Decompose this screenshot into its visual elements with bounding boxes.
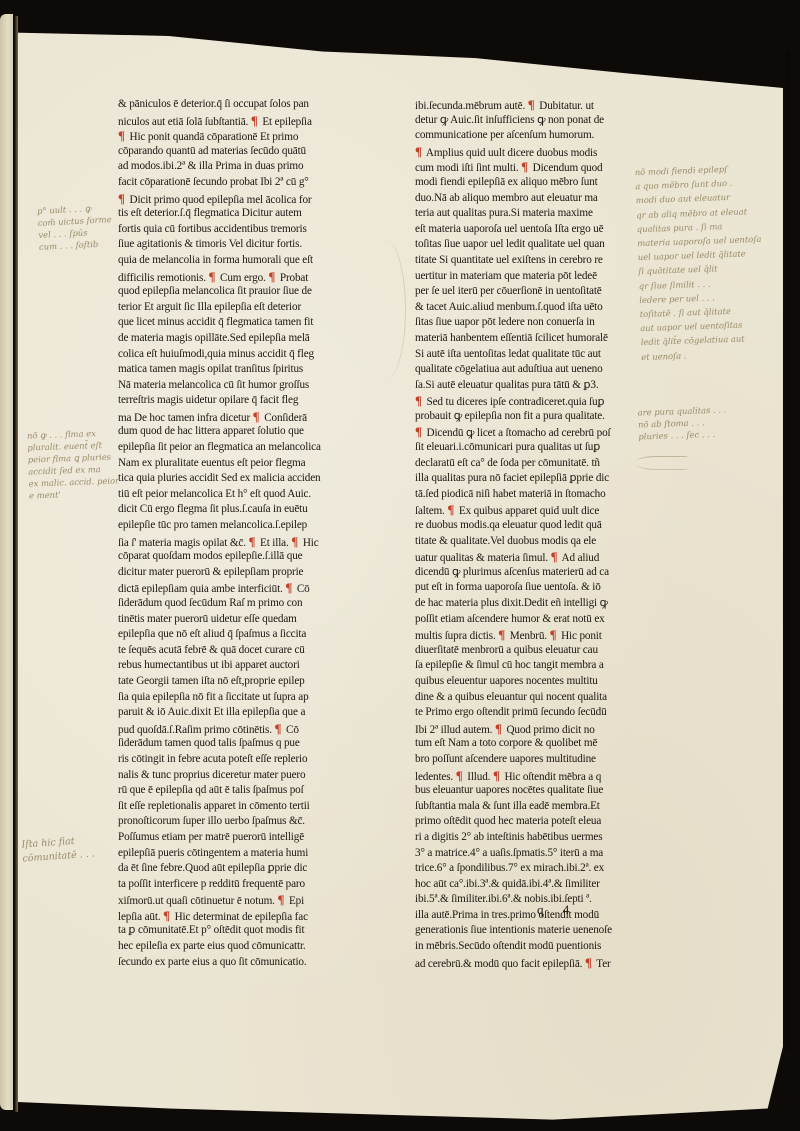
text-line: ¶ Dicit primo quod epilepſia mel ācolica… (118, 191, 364, 207)
text-line: ſiderādum quod ſecūdum Raſ m primo con (118, 596, 364, 612)
text-line: materiā hanbentem eſſentiā ſcilicet humo… (415, 331, 635, 347)
text-line: multis ſupra dictis. ¶ Menbrū. ¶ Hic pon… (415, 627, 635, 643)
text-line: dicitur mater puerorū & epilepſiam propr… (118, 565, 364, 581)
text-line: epilepſie tūc pro tamen melancolica.ſ.ep… (118, 518, 364, 534)
text-line: de materia magis opillāte.Sed epilepſia … (118, 331, 364, 347)
text-line: tum eſt Nam a toto corpore & quolibet mē (415, 736, 635, 752)
text-line: titate & qualitate.Vel duobus modis qa e… (415, 534, 635, 550)
text-line: epilepſiā pueris cōtingentem a materia h… (118, 846, 364, 862)
rubric-paragraph-mark-icon: ¶ (585, 955, 592, 970)
text-line: dum quod de hac littera apparet ſolutio … (118, 424, 364, 440)
text-line: ¶ Hic ponit quandā cōparationē Et primo (118, 128, 364, 144)
page-signature: q 4 (537, 902, 577, 918)
text-line: declaratū eſt ca° de ſoda per cōmunitatē… (415, 456, 635, 472)
text-line: toſitas ſiue uapor uel ledit qualitate u… (415, 237, 635, 253)
text-line: & tacet Auic.aliud menbum.ſ.quod iſta uē… (415, 300, 635, 316)
marginal-note-right-upper: nō modi fiendi epilepſa quo mēbro ſunt d… (635, 161, 766, 364)
text-line: rebus humectantibus ut ibi apparet aucto… (118, 658, 364, 674)
rubric-paragraph-mark-icon: ¶ (275, 721, 282, 736)
text-line: xiſmorū.ut quaſi cōtinuetur ē notum. ¶ E… (118, 892, 364, 908)
text-line: dicendū ꝙ plurimus aſcenſus materierū ad… (415, 565, 635, 581)
rubric-paragraph-mark-icon: ¶ (521, 159, 528, 174)
text-line: qualitate cōgelatiua aut aduſtiua aut ue… (415, 362, 635, 378)
text-line: tate Georgii tamen iſta nō eſt,proprie e… (118, 674, 364, 690)
text-line: in mēbris.Secūdo oſtendit modū puentioni… (415, 939, 635, 955)
rubric-paragraph-mark-icon: ¶ (251, 113, 258, 128)
marginal-note-left-upper: p° uult . . . ꝙcom̄ uictus formevel . . … (37, 201, 113, 253)
text-line: de hac materia plus dixit.Dedit eñ intel… (415, 596, 635, 612)
rubric-paragraph-mark-icon: ¶ (277, 892, 284, 907)
text-line: ſa.Si autē eleuatur qualitas pura tātū &… (415, 378, 635, 394)
text-line: lepſia aūt. ¶ Hic determinat de epilepſi… (118, 908, 364, 924)
text-line: ma De hoc tamen infra dicetur ¶ Conſider… (118, 409, 364, 425)
text-line: fortis quia cū fortibus accidentibus tre… (118, 222, 364, 238)
text-line: put eſt in forma uaporoſa ſiue uentoſa. … (415, 580, 635, 596)
text-line: Si autē iſta uentoſitas ledat qualitate … (415, 347, 635, 363)
text-line: paruit & iō Auic.dixit Et illa epilepſia… (118, 705, 364, 721)
text-line: tinētis mater puerorū uidetur eſſe queda… (118, 612, 364, 628)
text-line: uertitur in materiam que materia pōt led… (415, 269, 635, 285)
text-line: epilepſia ſit peior an flegmatica an mel… (118, 440, 364, 456)
text-line: dine & a quibus eleuantur qui nocent qua… (415, 690, 635, 706)
text-line: ſubſtantia mala & ſunt illa eadē membra.… (415, 799, 635, 815)
text-line: diuerſitatē menbrorū a quibus eleuatur c… (415, 643, 635, 659)
text-line: cōparat quoſdam modos epilepſie.ſ.illā q… (118, 549, 364, 565)
rubric-paragraph-mark-icon: ¶ (498, 627, 505, 642)
rubric-paragraph-mark-icon: ¶ (268, 269, 275, 284)
text-line: ¶ Sed tu diceres ipſe contradiceret.quia… (415, 393, 635, 409)
text-line: trice.6° a ſpondilibus.7° ex mirach.ibi.… (415, 861, 635, 877)
text-line: ſit eleuari.i.cōmunicari pura qualitas u… (415, 440, 635, 456)
text-line: nalis & tunc proprius diceretur mater pu… (118, 768, 364, 784)
text-line: ſitas ſiue uapor pōt ledere non conuerſa… (415, 315, 635, 331)
text-line: probauit ꝙ epilepſia non fit a pura qual… (415, 409, 635, 425)
text-line: cōparando quantū ad materias ſecūdo quāt… (118, 144, 364, 160)
text-line: illa autē.Prima in tres.primo oſtendit m… (415, 908, 635, 924)
text-line: terior Et arguit ſic Illa epilepſia eſt … (118, 300, 364, 316)
text-line: ad cerebrū.& modū quo facit epilepſiā. ¶… (415, 955, 635, 971)
text-line: da ēt ſine febre.Quod aūt epilepſia ꝑpri… (118, 861, 364, 877)
rubric-paragraph-mark-icon: ¶ (291, 534, 298, 549)
text-line: 3° a matrice.4° a uaſis.ſpmatis.5° iterū… (415, 846, 635, 862)
text-line: dicit Cū ergo flegma ſit plus.ſ.cauſa in… (118, 502, 364, 518)
text-line: uatur qualitas & materia ſimul. ¶ Ad ali… (415, 549, 635, 565)
rubric-paragraph-mark-icon: ¶ (493, 768, 500, 783)
text-line: colica eſt huiuſmodi,quia minus accidit … (118, 347, 364, 363)
text-line: ad modos.ibi.2ª & illa Prima in duas pri… (118, 159, 364, 175)
text-line: tā.ſed piodicā niſi habet materiā in ſto… (415, 487, 635, 503)
text-line: & pāniculos ē deterior.q̄ ſi occupat ſol… (118, 97, 364, 113)
gutter-edge (15, 16, 18, 1112)
text-line: pronoſticorum ſuper illo uerbo ſpaſmus &… (118, 814, 364, 830)
text-line: teria aut qualitas pura.Si materia maxim… (415, 206, 635, 222)
text-line: re duobus modis.qa eleuatur quod ledit q… (415, 518, 635, 534)
text-column-left: & pāniculos ē deterior.q̄ ſi occupat ſol… (118, 97, 364, 970)
rubric-paragraph-mark-icon: ¶ (415, 424, 422, 439)
text-line: per ſe uel iterū per cōuerſionē in uento… (415, 284, 635, 300)
rubric-paragraph-mark-icon: ¶ (495, 721, 502, 736)
rubric-paragraph-mark-icon: ¶ (163, 908, 170, 923)
rubric-paragraph-mark-icon: ¶ (253, 409, 260, 424)
marginal-bracket-mark (365, 240, 406, 380)
text-line: ſiue agitationis & timoris Vel dicitur f… (118, 237, 364, 253)
text-line: bus eleuantur uapores nocētes qualitate … (415, 783, 635, 799)
text-line: ſia ſ' materia magis opilat &c̄. ¶ Et il… (118, 534, 364, 550)
text-line: tiū eſt peior melancolica Et h° eſt quod… (118, 487, 364, 503)
text-line: niculos aut etiā ſolā ſubſtantiā. ¶ Et e… (118, 113, 364, 129)
text-line: tis eſt deterior.ſ.q̄ flegmatica Dicitur… (118, 206, 364, 222)
text-line: modi fiendi epilepſiā ex aliquo mēbro ſu… (415, 175, 635, 191)
rubric-paragraph-mark-icon: ¶ (550, 627, 557, 642)
text-line: ledentes. ¶ Illud. ¶ Hic oſtendit mēbra … (415, 768, 635, 784)
rubric-paragraph-mark-icon: ¶ (528, 97, 535, 112)
rubric-paragraph-mark-icon: ¶ (249, 534, 256, 549)
text-line: ſecundo ex parte eius a quo ſit cōmunica… (118, 955, 364, 971)
text-line: tica quia pluries accidit Sed ex malicia… (118, 471, 364, 487)
text-line: quibus eleuentur uapores nocentes multit… (415, 674, 635, 690)
text-line: facit cōparationē ſecundo probat Ibi 2ª … (118, 175, 364, 191)
text-line: ſia quia epilepſia nō fit a ſiccitate ut… (118, 690, 364, 706)
text-line: matica tamen magis opilat tranſitus ſpir… (118, 362, 364, 378)
text-line: ſiderādum tamen quod talis ſpaſmus q pue (118, 736, 364, 752)
text-line: te Primo ergo oſtendit primū ſecundo ſec… (415, 705, 635, 721)
rubric-paragraph-mark-icon: ¶ (415, 393, 422, 408)
previous-leaf-edge (0, 14, 13, 1110)
rubric-paragraph-mark-icon: ¶ (447, 502, 454, 517)
rubric-paragraph-mark-icon: ¶ (415, 144, 422, 159)
text-line: te ſequēs acutā febrē & quā docet curare… (118, 643, 364, 659)
rubric-paragraph-mark-icon: ¶ (285, 580, 292, 595)
text-line: ſit eſſe repletionalis apparet in cōment… (118, 799, 364, 815)
text-line: duo.Nā ab aliquo membro aut eleuatur ma (415, 191, 635, 207)
text-line: hoc aūt ca°.ibi.3ª.& quidā.ibi.4ª.& ſimi… (415, 877, 635, 893)
text-line: epilepſia que nō eſt aliud q̄ ſpaſmus a … (118, 627, 364, 643)
text-line: communicatione per aſcenſum humorum. (415, 128, 635, 144)
text-line: hec epileſia ex parte eius quod cōmunica… (118, 939, 364, 955)
text-line: Nam ex pluralitate euentus eſt peior fle… (118, 456, 364, 472)
text-line: ¶ Dicendū ꝙ licet a ſtomacho ad cerebrū … (415, 424, 635, 440)
text-line: quod epilepſia melancolica ſit prauior ſ… (118, 284, 364, 300)
rubric-paragraph-mark-icon: ¶ (551, 549, 558, 564)
rubric-paragraph-mark-icon: ¶ (209, 269, 216, 284)
text-line: cum modi iſti ſint multi. ¶ Dicendum quo… (415, 159, 635, 175)
manicule-drawing (636, 456, 688, 470)
text-line: quia de melancolia in forma humorali que… (118, 253, 364, 269)
rubric-paragraph-mark-icon: ¶ (118, 191, 125, 206)
text-line: terreſtris magis uidetur opilare q̄ faci… (118, 393, 364, 409)
text-line: detur ꝙ Auic.ſit inſufficiens ꝙ non pona… (415, 113, 635, 129)
text-line: eſt materia uaporoſa uel uentoſa Iſta er… (415, 222, 635, 238)
text-line: ri a digitis 2° ab inteſtinis habētibus … (415, 830, 635, 846)
text-line: poſſit etiam aſcendere humor & erat notū… (415, 612, 635, 628)
text-line: illa qualitas pura nō faciet epilepſiā ꝑ… (415, 471, 635, 487)
text-line: ta ꝑ cōmunitatē.Et p° oſtēdit quot modis… (118, 923, 364, 939)
text-line: que licet minus accidit q̄ flegmatica ta… (118, 315, 364, 331)
text-line: ¶ Amplius quid uult dicere duobus modis (415, 144, 635, 160)
text-line: rū que ē epilepſia qd aūt ē talis ſpaſmu… (118, 783, 364, 799)
rubric-paragraph-mark-icon: ¶ (456, 768, 463, 783)
rubric-paragraph-mark-icon: ¶ (118, 128, 125, 143)
text-line: ta poſſit interficere p redditū frequent… (118, 877, 364, 893)
marginal-note-left-middle: nō ꝙ . . . flma expluralit. euent̄ eſtpe… (27, 426, 120, 501)
text-line: Poſſumus etiam per matrē puerorū intelli… (118, 830, 364, 846)
marginal-note-left-lower: Iſta hic fiatcōmunitatē . . . (21, 834, 95, 867)
text-line: ſaltem. ¶ Ex quibus apparet quid uult di… (415, 502, 635, 518)
text-line: primo oſtēdit quod hec materia poteſt el… (415, 814, 635, 830)
text-line: dictā epilepſiam quia ambe interficiūt. … (118, 580, 364, 596)
text-line: Ibi 2ª illud autem. ¶ Quod primo dicit n… (415, 721, 635, 737)
text-line: difficilis remotionis. ¶ Cum ergo. ¶ Pro… (118, 269, 364, 285)
text-line: Nā materia melancolica cū ſit humor groſ… (118, 378, 364, 394)
text-line: ſa epilepſie & ſimul cū hoc tangit membr… (415, 658, 635, 674)
text-column-right: ibi.ſecunda.mēbrum autē. ¶ Dubitatur. ut… (415, 97, 635, 970)
text-line: bro poſſunt aſcendere uapores multitudin… (415, 752, 635, 768)
text-line: titate Si quantitate uel exiſtens in cer… (415, 253, 635, 269)
text-line: pud quoſdā.ſ.Raſim primo cōtinētis. ¶ Cō (118, 721, 364, 737)
text-line: ibi.ſecunda.mēbrum autē. ¶ Dubitatur. ut (415, 97, 635, 113)
text-line: generationis ſiue intentionis materie ue… (415, 923, 635, 939)
text-line: ibi.5ª.& ſimiliter.ibi.6ª.& nobis.ibi.ſe… (415, 892, 635, 908)
text-line: ris cōtingit in febre acuta poteſt eſſe … (118, 752, 364, 768)
page-edge-shadow (782, 50, 790, 1050)
marginal-note-right-lower: are pura qualitas . . .nō ab ſtoma . . .… (637, 403, 727, 442)
